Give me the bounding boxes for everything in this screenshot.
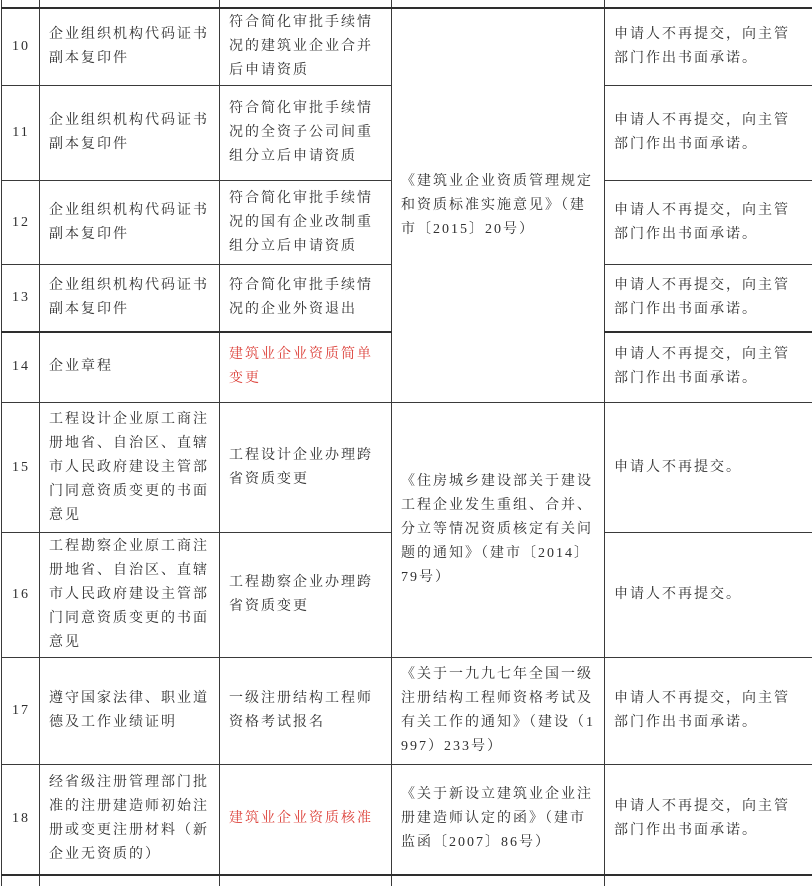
partial-cell	[605, 0, 812, 8]
partial-cell	[220, 0, 392, 8]
material-cell: 企业章程	[40, 332, 220, 403]
partial-row-bottom	[2, 875, 812, 886]
approval-materials-table: 10 企业组织机构代码证书副本复印件 符合简化审批手续情况的建筑业企业合并后申请…	[1, 0, 812, 886]
row-number-cell: 16	[2, 533, 40, 658]
commitment-cell: 申请人不再提交，向主管部门作出书面承诺。	[605, 86, 812, 181]
row-number-cell: 18	[2, 765, 40, 875]
situation-cell: 符合简化审批手续情况的国有企业改制重组分立后申请资质	[220, 181, 392, 265]
commitment-cell: 申请人不再提交，向主管部门作出书面承诺。	[605, 765, 812, 875]
row-number-cell: 12	[2, 181, 40, 265]
partial-cell	[392, 0, 605, 8]
row-number-cell: 10	[2, 8, 40, 86]
situation-cell: 工程勘察企业办理跨省资质变更	[220, 533, 392, 658]
table-row-17: 17 遵守国家法律、职业道德及工作业绩证明 一级注册结构工程师资格考试报名 《关…	[2, 658, 812, 765]
commitment-cell: 申请人不再提交，向主管部门作出书面承诺。	[605, 658, 812, 765]
partial-cell	[2, 875, 40, 886]
row-number-cell: 15	[2, 403, 40, 533]
material-cell: 工程设计企业原工商注册地省、自治区、直辖市人民政府建设主管部门同意资质变更的书面…	[40, 403, 220, 533]
situation-cell-highlighted: 建筑业企业资质简单变更	[220, 332, 392, 403]
row-number-cell: 13	[2, 265, 40, 332]
commitment-cell: 申请人不再提交，向主管部门作出书面承诺。	[605, 181, 812, 265]
partial-row-top	[2, 0, 812, 8]
table-row-15: 15 工程设计企业原工商注册地省、自治区、直辖市人民政府建设主管部门同意资质变更…	[2, 403, 812, 533]
partial-cell	[605, 875, 812, 886]
material-cell: 经省级注册管理部门批准的注册建造师初始注册或变更注册材料（新企业无资质的）	[40, 765, 220, 875]
situation-cell: 符合简化审批手续情况的建筑业企业合并后申请资质	[220, 8, 392, 86]
row-number-cell: 17	[2, 658, 40, 765]
material-cell: 企业组织机构代码证书副本复印件	[40, 181, 220, 265]
legal-basis-cell: 《住房城乡建设部关于建设工程企业发生重组、合并、分立等情况资质核定有关问题的通知…	[392, 403, 605, 658]
commitment-cell: 申请人不再提交，向主管部门作出书面承诺。	[605, 8, 812, 86]
commitment-cell: 申请人不再提交，向主管部门作出书面承诺。	[605, 332, 812, 403]
partial-cell	[2, 0, 40, 8]
material-cell: 遵守国家法律、职业道德及工作业绩证明	[40, 658, 220, 765]
table-row-18: 18 经省级注册管理部门批准的注册建造师初始注册或变更注册材料（新企业无资质的）…	[2, 765, 812, 875]
commitment-cell: 申请人不再提交。	[605, 533, 812, 658]
row-number-cell: 14	[2, 332, 40, 403]
situation-cell: 一级注册结构工程师资格考试报名	[220, 658, 392, 765]
material-cell: 工程勘察企业原工商注册地省、自治区、直辖市人民政府建设主管部门同意资质变更的书面…	[40, 533, 220, 658]
legal-basis-cell: 《关于一九九七年全国一级注册结构工程师资格考试及有关工作的通知》（建设（1997…	[392, 658, 605, 765]
table-row-10: 10 企业组织机构代码证书副本复印件 符合简化审批手续情况的建筑业企业合并后申请…	[2, 8, 812, 86]
situation-cell-highlighted: 建筑业企业资质核准	[220, 765, 392, 875]
partial-cell	[392, 875, 605, 886]
document-page: 10 企业组织机构代码证书副本复印件 符合简化审批手续情况的建筑业企业合并后申请…	[0, 0, 812, 888]
legal-basis-cell: 《关于新设立建筑业企业注册建造师认定的函》（建市监函〔2007〕86号）	[392, 765, 605, 875]
material-cell: 企业组织机构代码证书副本复印件	[40, 8, 220, 86]
legal-basis-cell: 《建筑业企业资质管理规定和资质标准实施意见》（建市〔2015〕20号）	[392, 8, 605, 403]
commitment-cell: 申请人不再提交。	[605, 403, 812, 533]
situation-cell: 符合简化审批手续情况的全资子公司间重组分立后申请资质	[220, 86, 392, 181]
partial-cell	[40, 0, 220, 8]
commitment-cell: 申请人不再提交，向主管部门作出书面承诺。	[605, 265, 812, 332]
partial-cell	[40, 875, 220, 886]
material-cell: 企业组织机构代码证书副本复印件	[40, 265, 220, 332]
situation-cell: 工程设计企业办理跨省资质变更	[220, 403, 392, 533]
situation-cell: 符合简化审批手续情况的企业外资退出	[220, 265, 392, 332]
row-number-cell: 11	[2, 86, 40, 181]
partial-cell	[220, 875, 392, 886]
material-cell: 企业组织机构代码证书副本复印件	[40, 86, 220, 181]
